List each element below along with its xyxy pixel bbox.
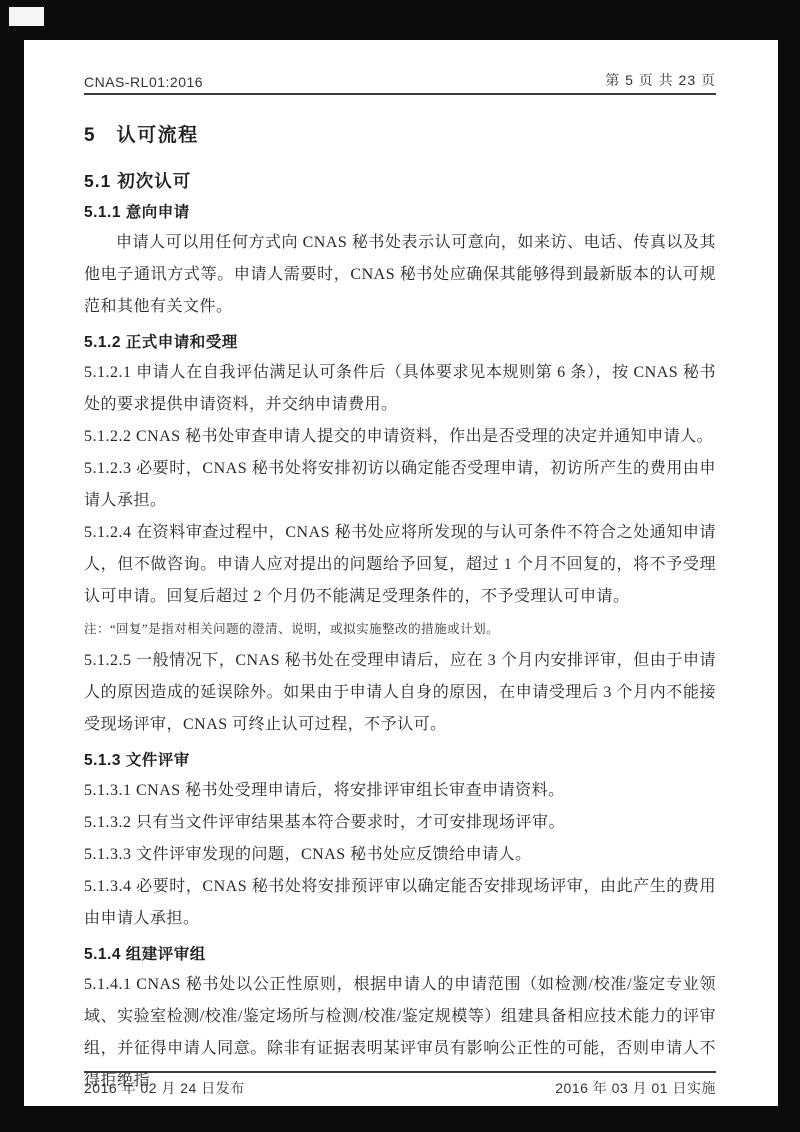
paragraph-5-1-3-1: 5.1.3.1 CNAS 秘书处受理申请后，将安排评审组长审查申请资料。 <box>84 775 716 807</box>
paragraph-5-1-2-5: 5.1.2.5 一般情况下，CNAS 秘书处在受理申请后，应在 3 个月内安排评… <box>84 645 716 741</box>
page-content-area: CNAS-RL01:2016 第 5 页 共 23 页 5 认可流程 5.1 初… <box>84 40 716 1106</box>
paragraph-5-1-2-4: 5.1.2.4 在资料审查过程中，CNAS 秘书处应将所发现的与认可条件不符合之… <box>84 517 716 613</box>
paragraph-intent-application: 申请人可以用任何方式向 CNAS 秘书处表示认可意向，如来访、电话、传真以及其他… <box>84 227 716 323</box>
paragraph-5-1-3-4: 5.1.3.4 必要时，CNAS 秘书处将安排预评审以确定能否安排现场评审，由此… <box>84 871 716 935</box>
note-reply-definition: 注：“回复”是指对相关问题的澄清、说明，或拟实施整改的措施或计划。 <box>84 616 716 642</box>
subsection-heading-5-1-3: 5.1.3 文件评审 <box>84 750 716 772</box>
subsection-heading-5-1-2: 5.1.2 正式申请和受理 <box>84 332 716 354</box>
page-number-indicator: 第 5 页 共 23 页 <box>605 70 716 90</box>
paragraph-5-1-3-3: 5.1.3.3 文件评审发现的问题，CNAS 秘书处应反馈给申请人。 <box>84 839 716 871</box>
document-page: CNAS-RL01:2016 第 5 页 共 23 页 5 认可流程 5.1 初… <box>24 40 778 1106</box>
paragraph-5-1-3-2: 5.1.3.2 只有当文件评审结果基本符合要求时，才可安排现场评审。 <box>84 807 716 839</box>
paragraph-5-1-2-2: 5.1.2.2 CNAS 秘书处审查申请人提交的申请资料，作出是否受理的决定并通… <box>84 421 716 453</box>
footer-release-date: 2016 年 02 月 24 日发布 <box>84 1078 245 1098</box>
subsection-heading-5-1-4: 5.1.4 组建评审组 <box>84 944 716 966</box>
scan-corner-notch <box>9 7 44 26</box>
chapter-heading-5: 5 认可流程 <box>84 123 716 149</box>
subsection-heading-5-1-1: 5.1.1 意向申请 <box>84 202 716 224</box>
paragraph-5-1-2-3: 5.1.2.3 必要时，CNAS 秘书处将安排初访以确定能否受理申请，初访所产生… <box>84 453 716 517</box>
paragraph-5-1-2-1: 5.1.2.1 申请人在自我评估满足认可条件后（具体要求见本规则第 6 条），按… <box>84 357 716 421</box>
page-header: CNAS-RL01:2016 第 5 页 共 23 页 <box>84 40 716 95</box>
page-footer: 2016 年 02 月 24 日发布 2016 年 03 月 01 日实施 <box>84 1071 716 1098</box>
footer-implement-date: 2016 年 03 月 01 日实施 <box>555 1078 716 1098</box>
document-code: CNAS-RL01:2016 <box>84 74 203 90</box>
section-heading-5-1: 5.1 初次认可 <box>84 169 716 193</box>
